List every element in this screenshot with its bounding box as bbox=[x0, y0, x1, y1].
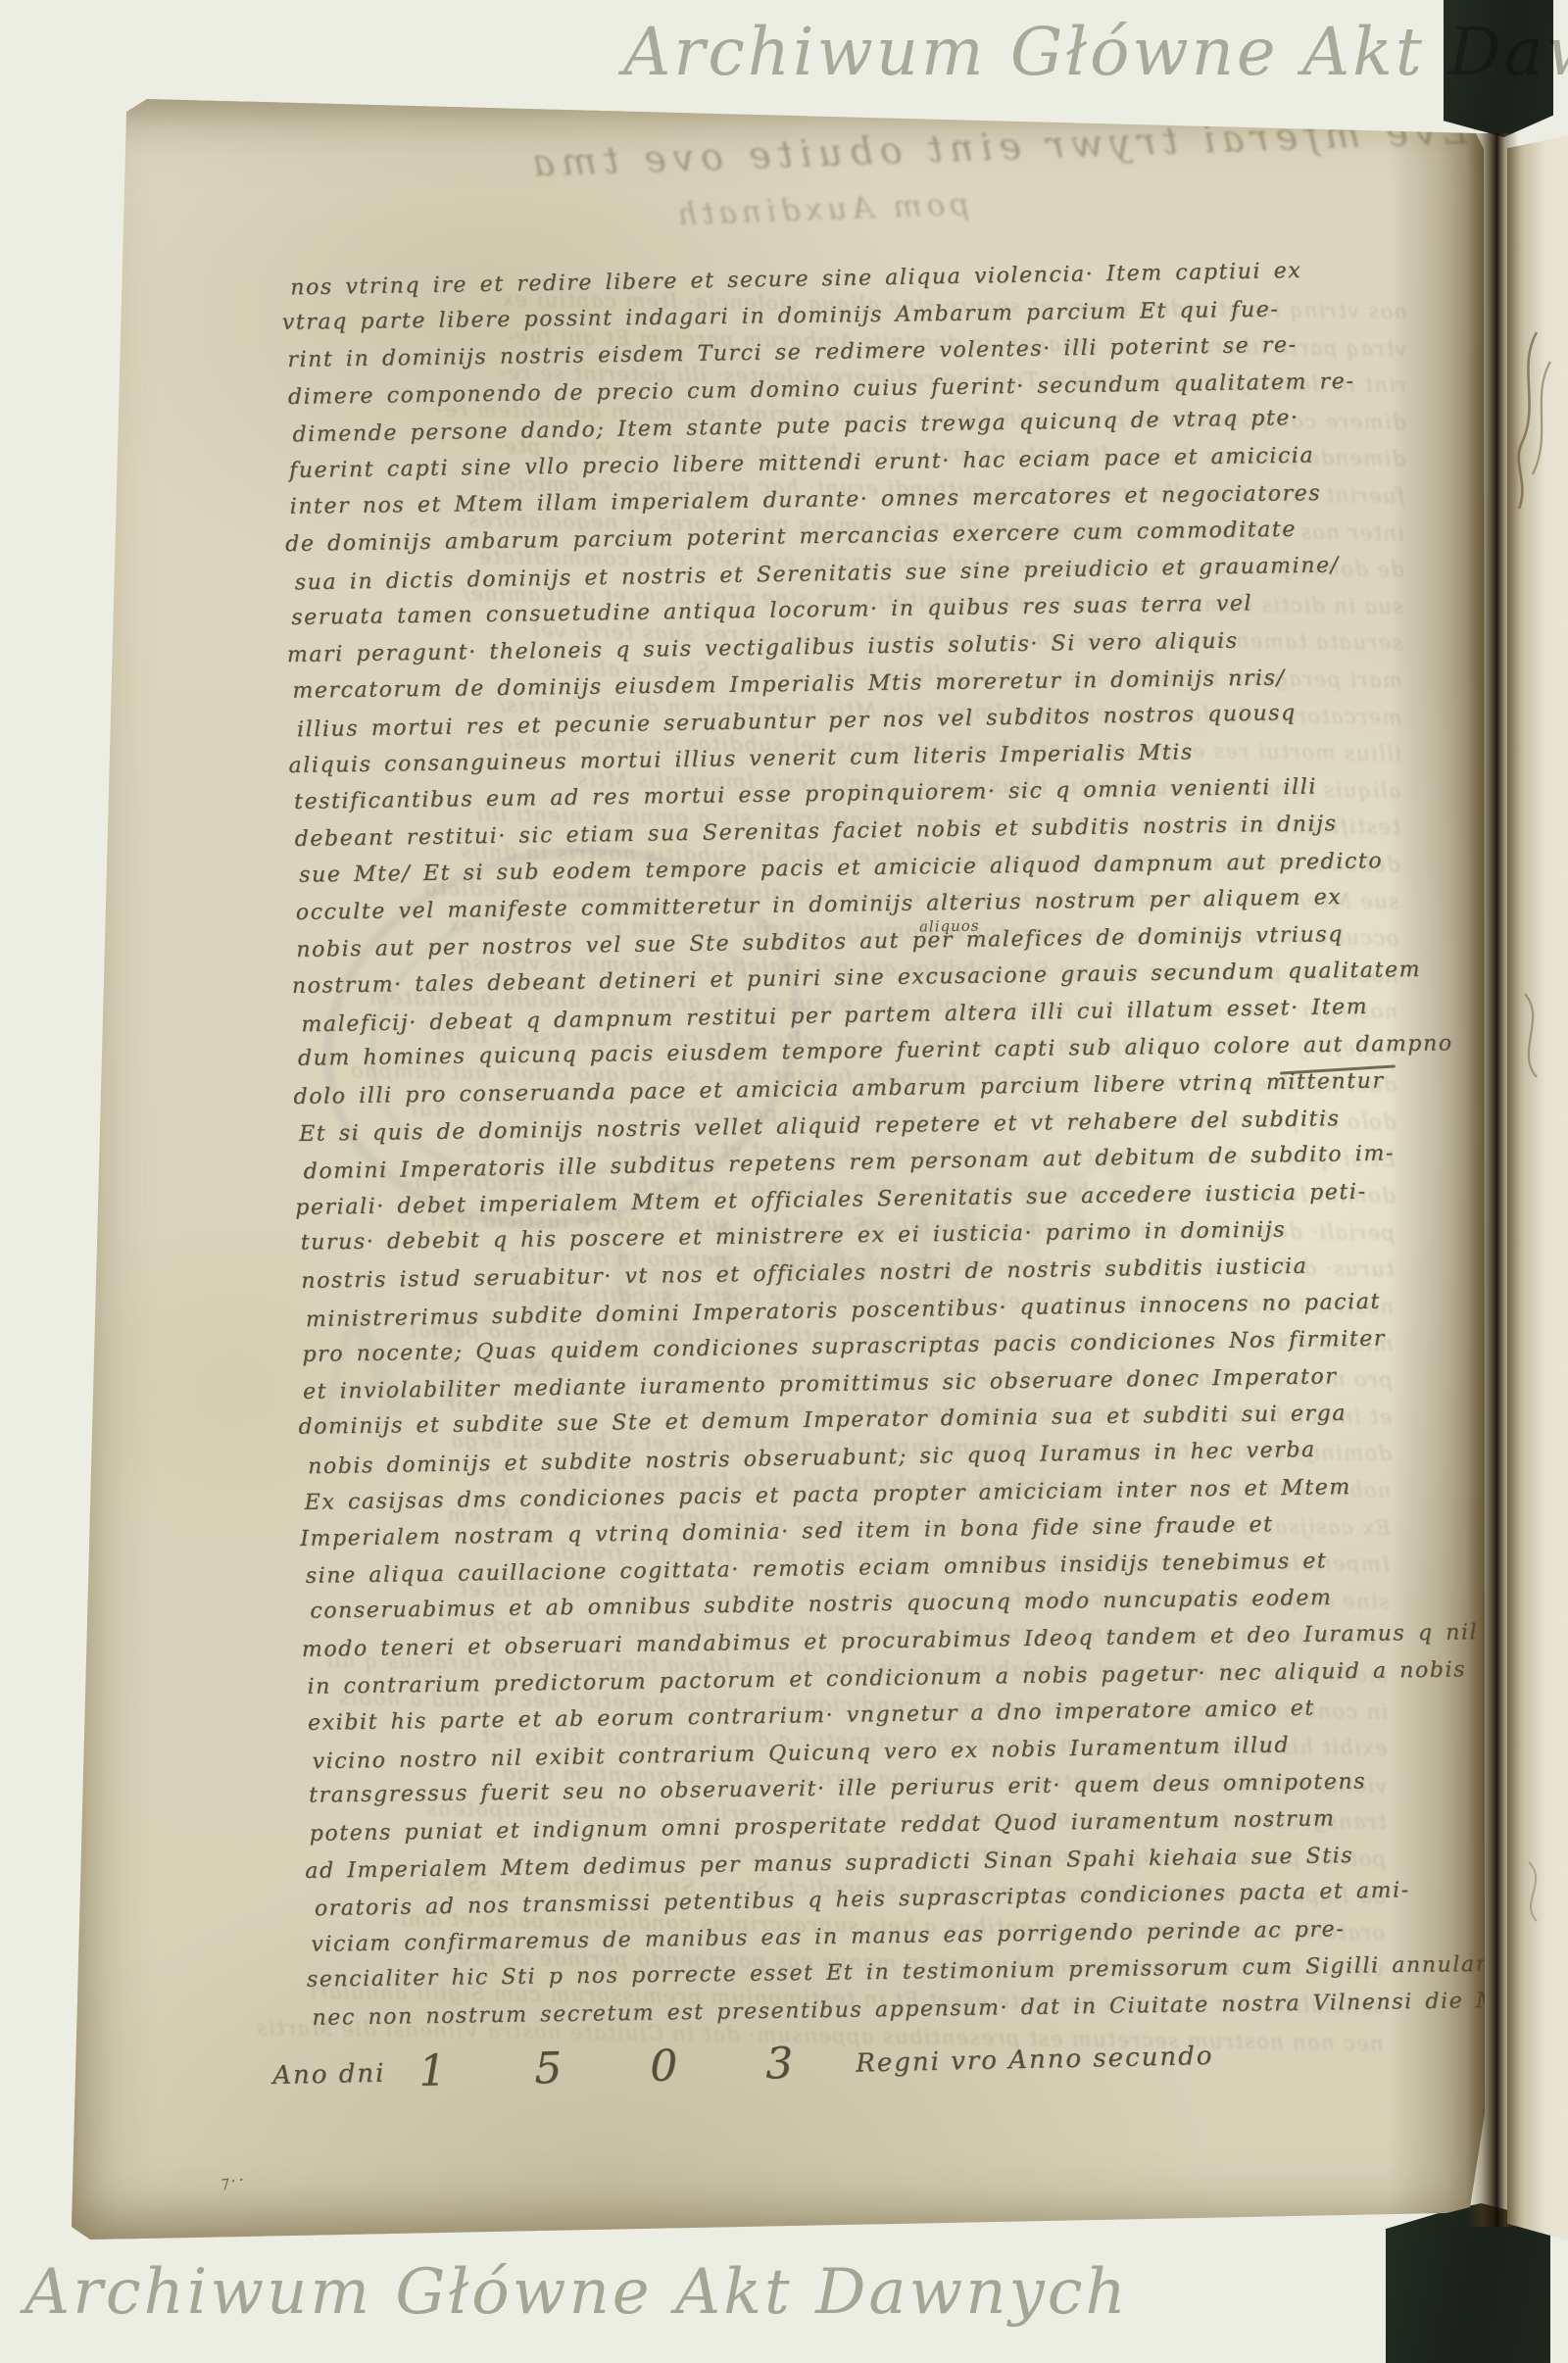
interlinear-insertion: aliquos bbox=[919, 916, 980, 935]
date-prefix: Ano dni bbox=[272, 2059, 386, 2091]
year-digits: 1 5 0 3 bbox=[418, 2038, 831, 2096]
archive-watermark-top: Archiwum Główne Akt Dawnych bbox=[623, 14, 1568, 90]
margin-mark: ⁊·· bbox=[219, 2170, 249, 2193]
archive-watermark-bottom: Archiwum Główne Akt Dawnych bbox=[24, 2256, 1129, 2329]
book-gutter bbox=[1466, 133, 1519, 2227]
bleedthrough-heading-line1: Lve mferai trywr eint obuite ove tma bbox=[525, 109, 1469, 185]
manuscript-text: nos vtrinq ire et redire libere et secur… bbox=[286, 248, 1568, 2037]
archive-photo: Lve mferai trywr eint obuite ove tma pom… bbox=[0, 0, 1568, 2363]
manuscript-page: Lve mferai trywr eint obuite ove tma pom… bbox=[65, 96, 1488, 2244]
bleedthrough-heading-line2: pom Auxdinath bbox=[671, 187, 969, 233]
date-suffix: Regni vro Anno secundo bbox=[856, 2042, 1214, 2079]
